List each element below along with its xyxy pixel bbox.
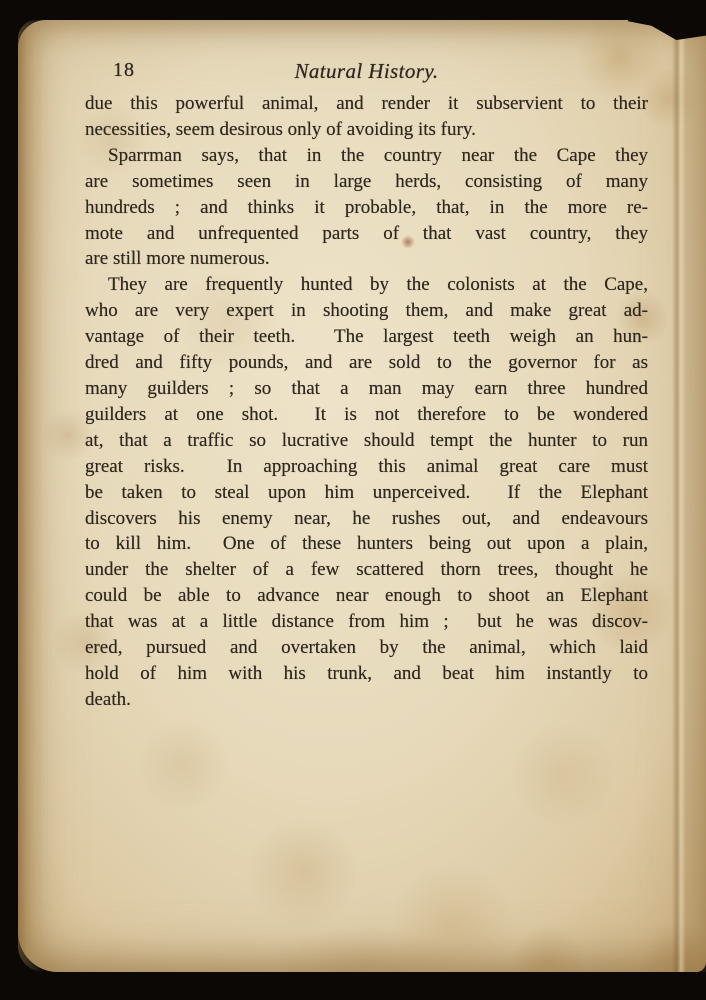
text-line: guilders at one shot. It is not therefor… (85, 402, 648, 428)
paragraph: They are frequently hunted by the coloni… (85, 272, 648, 712)
text-line: discovers his enemy near, he rushes out,… (85, 506, 648, 532)
paragraph: Sparrman says, that in the country near … (85, 143, 648, 273)
running-title: Natural History. (85, 59, 648, 84)
page-header: 18 Natural History. (85, 59, 648, 85)
book-page: 18 Natural History. due this powerful an… (18, 20, 706, 972)
scanned-book-photo: 18 Natural History. due this powerful an… (0, 0, 706, 1000)
text-line: ered, pursued and overtaken by the anima… (85, 635, 648, 661)
text-line: who are very expert in shooting them, an… (85, 298, 648, 324)
text-line: dred and fifty pounds, and are sold to t… (85, 350, 648, 376)
text-line: mote and unfrequented parts of that vast… (85, 221, 648, 247)
text-line: necessities, seem desirous only of avoid… (85, 117, 648, 143)
text-line: hold of him with his trunk, and beat him… (85, 661, 648, 687)
text-line: are sometimes seen in large herds, consi… (85, 169, 648, 195)
text-line: at, that a traffic so lucrative should t… (85, 428, 648, 454)
text-line: They are frequently hunted by the coloni… (85, 272, 648, 298)
text-line: Sparrman says, that in the country near … (85, 143, 648, 169)
text-line: are still more numerous. (85, 246, 648, 272)
text-line: due this powerful animal, and render it … (85, 91, 648, 117)
text-line: could be able to advance near enough to … (85, 583, 648, 609)
text-line: vantage of their teeth. The largest teet… (85, 324, 648, 350)
text-line: great risks. In approaching this animal … (85, 454, 648, 480)
paragraph: due this powerful animal, and render it … (85, 91, 648, 143)
text-line: under the shelter of a few scattered tho… (85, 557, 648, 583)
worn-left-page-edge (18, 20, 44, 972)
body-text: due this powerful animal, and render it … (85, 91, 648, 713)
text-line: death. (85, 687, 648, 713)
text-line: hundreds ; and thinks it probable, that,… (85, 195, 648, 221)
right-page-fold-edge (672, 20, 706, 972)
text-line: many guilders ; so that a man may earn t… (85, 376, 648, 402)
text-line: be taken to steal upon him unperceived. … (85, 480, 648, 506)
text-line: that was at a little distance from him ;… (85, 609, 648, 635)
text-line: to kill him. One of these hunters being … (85, 531, 648, 557)
